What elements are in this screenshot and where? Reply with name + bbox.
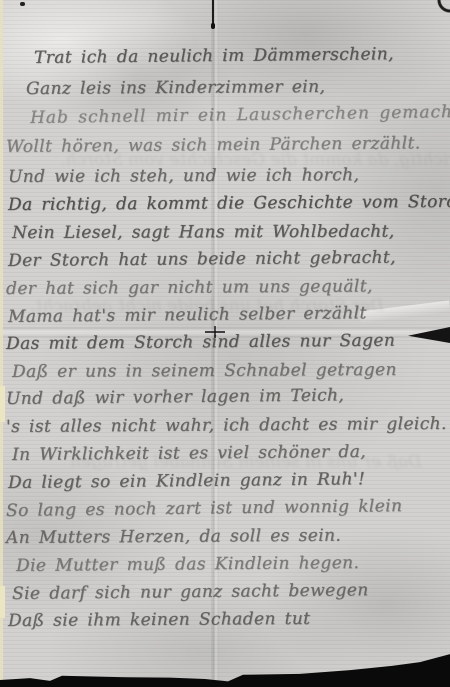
- handwritten-line: Hab schnell mir ein Lauscherchen gemacht…: [30, 104, 450, 127]
- handwritten-line: Die Mutter muß das Kindlein hegen.: [16, 555, 359, 575]
- handwritten-line: Da richtig, da kommt die Geschichte vom …: [8, 194, 450, 214]
- handwritten-line: Mama hat's mir neulich selber erzählt: [8, 305, 367, 326]
- handwritten-line: So lang es noch zart ist und wonnig klei…: [6, 498, 403, 520]
- left-edge-backing-strip: [0, 386, 5, 422]
- handwritten-text-block: Trat ich da neulich im Dämmerschein, Gan…: [0, 0, 450, 687]
- handwritten-line: Trat ich da neulich im Dämmerschein,: [34, 46, 394, 67]
- handwritten-line: Das mit dem Storch sind alles nur Sagen: [6, 333, 395, 353]
- handwritten-line: Und wie ich steh, und wie ich horch,: [8, 167, 359, 186]
- handwritten-line: Der Storch hat uns beide nicht gebracht,: [8, 250, 396, 270]
- handwritten-line: Wollt hören, was sich mein Pärchen erzäh…: [6, 135, 421, 156]
- left-edge-backing-strip: [0, 0, 3, 687]
- handwritten-line: An Mutters Herzen, da soll es sein.: [6, 528, 341, 547]
- handwritten-line: 's ist alles nicht wahr, ich dacht es mi…: [6, 416, 447, 436]
- top-fold-tick-mark: [212, 0, 214, 24]
- handwritten-line: der hat sich gar nicht um uns gequält,: [6, 278, 373, 298]
- letter-page: Da richtig, da kommt die Geschichte vom …: [0, 0, 450, 687]
- handwritten-line: Nein Liesel, sagt Hans mit Wohlbedacht,: [12, 224, 395, 242]
- fold-cross-mark: [205, 331, 225, 333]
- handwritten-line: Da liegt so ein Kindlein ganz in Ruh'!: [8, 471, 365, 492]
- handwritten-line: Daß er uns in seinem Schnabel getragen: [12, 362, 397, 381]
- handwritten-line: Daß sie ihm keinen Schaden tut: [8, 611, 311, 630]
- handwritten-line: Ganz leis ins Kinderzimmer ein,: [26, 79, 325, 98]
- ink-speck: [20, 2, 25, 6]
- handwritten-line: In Wirklichkeit ist es viel schöner da,: [12, 444, 366, 464]
- handwritten-line: Und daß wir vorher lagen im Teich,: [6, 387, 344, 408]
- left-edge-backing-strip: [0, 586, 5, 618]
- handwritten-line: Sie darf sich nur ganz sacht bewegen: [12, 582, 369, 603]
